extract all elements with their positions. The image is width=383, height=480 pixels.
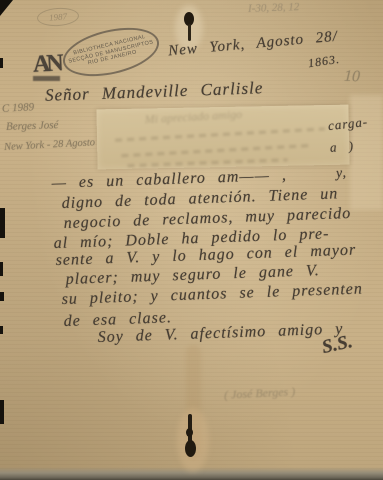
scan-edge-artifact bbox=[0, 400, 4, 424]
catalog-number: I-30, 28, 12 bbox=[248, 1, 300, 15]
ghost-handwriting-stroke bbox=[127, 158, 287, 167]
pencil-note-line2: Berges José bbox=[6, 119, 59, 133]
letter-addressee: Señor Mandeville Carlisle bbox=[45, 78, 264, 106]
library-oval-stamp: BIBLIOTHECA NACIONAL SECÇÃO DE MANUSCRIP… bbox=[58, 20, 163, 85]
ghost-handwriting-stroke bbox=[115, 127, 325, 141]
scan-edge-artifact bbox=[0, 58, 3, 68]
ink-blot-top-tail bbox=[188, 24, 191, 41]
ink-blot-bottom-bulge bbox=[186, 428, 193, 437]
circled-accession-number-text: 1987 bbox=[49, 11, 68, 22]
scan-corner-artifact bbox=[0, 0, 13, 16]
letter-dateline-year: 1863. bbox=[307, 52, 341, 71]
scan-edge-artifact bbox=[0, 208, 5, 238]
ghost-handwriting-stroke bbox=[121, 144, 311, 157]
ink-blot-bottom bbox=[185, 440, 196, 457]
ghost-handwriting-line: Mi apreciado amigo bbox=[144, 107, 242, 127]
signature-flourish: S.S. bbox=[320, 331, 355, 359]
circled-accession-number: 1987 bbox=[36, 7, 79, 28]
scan-edge-artifact bbox=[0, 292, 4, 301]
margin-fragment-3: y, bbox=[335, 166, 347, 183]
an-monogram-stamp: AN bbox=[33, 53, 60, 81]
pencil-attribution: ( José Berges ) bbox=[224, 384, 296, 403]
scanned-letter-page: 1987 I-30, 28, 12 BIBLIOTHECA NACIONAL S… bbox=[0, 0, 383, 480]
scan-edge-artifact bbox=[0, 262, 3, 276]
pasted-slip: Mi apreciado amigo bbox=[96, 105, 349, 170]
an-monogram-letters: AN bbox=[33, 52, 61, 75]
scan-edge-artifact bbox=[0, 326, 3, 334]
an-monogram-caption-smudge bbox=[33, 76, 60, 81]
pencil-note-line1: C 1989 bbox=[2, 101, 35, 115]
page-number: 10 bbox=[344, 68, 361, 87]
margin-fragment-2: a ) bbox=[329, 138, 354, 156]
paper-tone-strip bbox=[350, 95, 383, 210]
